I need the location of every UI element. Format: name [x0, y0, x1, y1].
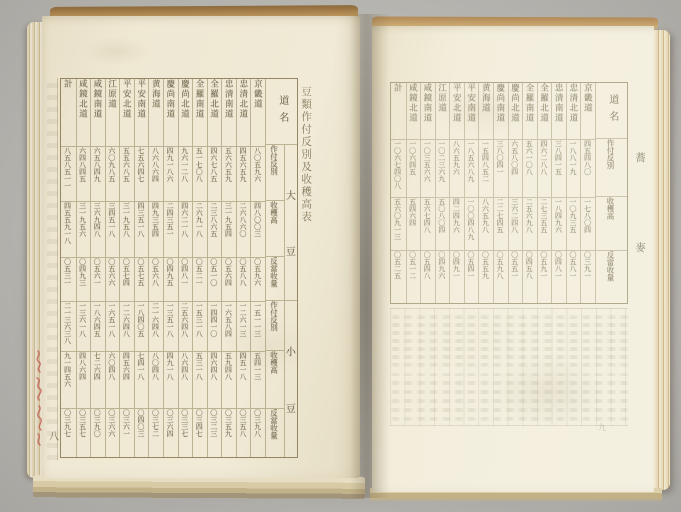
province-column: 咸鏡南道一〇三五六六五六七四八〇五四八 [420, 83, 435, 303]
data-cell: 〇五一〇 [208, 258, 222, 302]
province-name-cell: 慶尚北道 [179, 79, 193, 147]
data-cell: 一〇六四五 [407, 140, 421, 197]
province-column: 慶尚北道六五八〇四三六二四八〇五五一 [508, 83, 523, 303]
data-cell: 一三六一八 [77, 302, 91, 352]
data-cell: 八六五九六 [450, 140, 464, 197]
data-cell: 六〇四八 [106, 352, 120, 410]
data-cell: 〇四九六 [436, 251, 450, 303]
province-name-cell: 平安南道 [465, 83, 479, 140]
data-cell: 〇五九八 [494, 251, 508, 303]
province-column: 黄海道一五四八五二八六五九八〇五五九 [478, 83, 493, 303]
data-cell: 五六一〇八 [523, 140, 537, 197]
data-cell: 一二六四八 [120, 302, 134, 352]
group-label-cell: 大豆 [285, 145, 297, 301]
data-cell: 〇四九三 [77, 258, 91, 302]
data-cell: 四五六五九 [237, 147, 251, 203]
data-cell: 〇三五八 [237, 409, 251, 457]
data-cell: 一八六四五 [91, 302, 105, 352]
province-name-cell: 平安北道 [120, 79, 134, 147]
province-column: 全羅北道四六二八八二七三五五〇五九一 [537, 83, 552, 303]
data-cell: 一八五六八九 [465, 140, 479, 197]
data-cell: 〇三二三 [208, 409, 222, 457]
paper-stain [82, 36, 152, 66]
data-cell: 三四五一八 [106, 202, 120, 258]
data-cell: 一〇〇四八九 [465, 198, 479, 252]
group-label-char: 小 [286, 343, 296, 358]
data-cell: 〇五八一 [567, 251, 581, 303]
left-page-number: 八 [49, 428, 59, 443]
row-label-cell: 收穫高 [596, 197, 627, 251]
data-cell: 一四四一〇 [208, 302, 222, 352]
province-column: 全羅北道四六七八五二三八六五〇五一〇一四四一〇四六四八〇三二三 [207, 79, 222, 457]
data-cell: 一八四九六 [552, 198, 566, 252]
data-cell: 一六五一八 [106, 302, 120, 352]
province-name-cell: 江原道 [436, 83, 450, 140]
data-cell: 四二四九六 [450, 198, 464, 252]
left-page: 豆類作付反別及收穫高表 道名作付反別收穫高反當收量作付反別收穫高反當收量大豆小豆… [42, 16, 360, 478]
data-cell: 〇五二五 [391, 251, 406, 303]
data-cell: 三一九五八 [120, 202, 134, 258]
data-cell: 一〇六七四〇八 [391, 140, 406, 197]
data-cell: 二二七四五 [494, 198, 508, 252]
data-cell: 〇三七二 [149, 409, 163, 457]
province-name-cell: 計 [61, 79, 76, 147]
group-label-char: 大 [286, 187, 296, 202]
data-cell: 〇三五九 [222, 409, 236, 457]
province-column: 平安北道五五六八五三一九五八〇五七四一二六四八四五六四〇三六一 [119, 79, 134, 457]
group-label-char: 豆 [286, 243, 296, 258]
province-column: 京畿道四五四八〇一七八〇四〇三九一 [580, 83, 595, 303]
province-name-cell: 京畿道 [581, 83, 595, 140]
province-name-cell: 全羅北道 [208, 79, 222, 147]
header-sub-area: 作付反別收穫高反當收量作付反別收穫高反當收量大豆小豆 [266, 145, 297, 457]
right-page: 蕎 麥 道名作付反別收穫高反當收量京畿道四五四八〇一七八〇四〇三九一忠清北道一八… [372, 26, 654, 492]
data-cell: 八六五九八 [479, 198, 493, 252]
data-cell: 〇五六八 [149, 258, 163, 302]
data-cell: 一七八〇四 [581, 198, 595, 252]
province-column: 計一〇六七四〇八五六〇九一三〇五二五 [391, 83, 406, 303]
header-sub-area: 作付反別收穫高反當收量 [596, 139, 627, 303]
province-column: 慶尚南道四九一八六二四三五一〇四九五一三五一八四九一八〇三六四 [163, 79, 178, 457]
data-cell: 五五六八五 [120, 147, 134, 203]
province-column: 咸鏡北道六四八四五三一九五六〇四九三一三六一八四八六四〇三五七 [76, 79, 91, 457]
corner-header-cell: 道名 [596, 83, 627, 139]
data-cell: 〇四〇三 [135, 409, 149, 457]
data-cell: 六五八四九 [91, 147, 105, 203]
province-column: 忠清南道五六六五九三一九五四〇五六四一六五八四五九四八〇三五九 [221, 79, 236, 457]
data-cell: 〇五六六 [106, 258, 120, 302]
province-column: 黄海道八六八六四四九三五四〇五六八二一六四八八〇四八〇三七二 [148, 79, 163, 457]
province-name-cell: 黄海道 [149, 79, 163, 147]
province-name-cell: 全羅南道 [523, 83, 537, 140]
data-cell: 二四三五一 [164, 202, 178, 258]
data-cell: 〇四九一 [450, 251, 464, 303]
data-cell: 一〇三五六六 [421, 140, 435, 197]
data-cell: 三六二四八 [509, 198, 523, 252]
province-name-cell: 忠清南道 [552, 83, 566, 140]
data-cell: 七五六四七 [135, 147, 149, 203]
data-cell: 二一三六三八 [61, 302, 76, 352]
province-name-cell: 慶尚南道 [494, 83, 508, 140]
province-name-cell: 咸鏡北道 [77, 79, 91, 147]
corner-header-cell: 道名 [266, 79, 297, 145]
data-cell: 〇四八一 [552, 251, 566, 303]
data-cell: 五三一八 [193, 352, 207, 410]
province-column: 忠清南道三八四一五一八四九六〇四八一 [551, 83, 566, 303]
data-cell: 四五四八〇 [581, 140, 595, 197]
right-margin-title-char-2: 麥 [634, 242, 645, 253]
right-data-table: 道名作付反別收穫高反當收量京畿道四五四八〇一七八〇四〇三九一忠清北道一八八一九一… [390, 82, 628, 304]
data-cell: 六四八四五 [77, 147, 91, 203]
data-cell: 一五三一八 [193, 302, 207, 352]
province-column: 京畿道八〇五九六四八〇〇三〇五九六一五一一三五四一三〇三九八 [250, 79, 265, 457]
right-page-faint-number: 九 [598, 422, 606, 433]
province-name-cell: 咸鏡南道 [421, 83, 435, 140]
data-cell: 三六九四八 [91, 202, 105, 258]
province-column: 忠清北道一八八一九一〇九三五〇五八一 [566, 83, 581, 303]
data-cell: 一三五一八 [164, 302, 178, 352]
province-column: 平安南道七五六四七四三五一八〇五七五一八四〇五七四一八〇四〇三 [134, 79, 149, 457]
province-column: 江原道六〇九八五三四五一八〇五六六一六五一八六〇四八〇三六六 [105, 79, 120, 457]
data-cell: 〇五二一 [193, 258, 207, 302]
data-cell: 〇三九七 [61, 409, 76, 457]
data-cell: 〇五五一 [509, 251, 523, 303]
left-data-table: 道名作付反別收穫高反當收量作付反別收穫高反當收量大豆小豆京畿道八〇五九六四八〇〇… [60, 78, 298, 458]
data-cell: 五六七四八 [421, 198, 435, 252]
data-cell: 六〇九八五 [106, 147, 120, 203]
data-cell: 〇五九六 [251, 258, 265, 302]
row-label-cell: 作付反別 [266, 145, 284, 201]
data-cell: 五四六四 [407, 198, 421, 252]
bottom-page-stack-left [33, 475, 365, 504]
data-cell: 八五八五一一 [61, 147, 76, 203]
row-label-column: 作付反別收穫高反當收量作付反別收穫高反當收量 [266, 145, 284, 457]
data-cell: 〇三五七 [77, 409, 91, 457]
province-column: 慶尚北道九六一二八四六二一八〇四八一二五六四八八六四八〇三三七 [178, 79, 193, 457]
data-cell: 四六七八五 [208, 147, 222, 203]
row-label-cell: 反當收量 [266, 409, 284, 457]
book-photo-stage: 豆類作付反別及收穫高表 道名作付反別收穫高反當收量作付反別收穫高反當收量大豆小豆… [0, 0, 681, 512]
data-cell: 五九四八 [222, 352, 236, 410]
province-name-cell: 咸鏡南道 [91, 79, 105, 147]
data-cell: 〇三四七 [193, 409, 207, 457]
province-name-cell: 忠清北道 [567, 83, 581, 140]
province-name-cell: 京畿道 [251, 79, 265, 147]
province-name-cell: 全羅北道 [538, 83, 552, 140]
data-cell: 三八〇四一 [494, 140, 508, 197]
province-column: 平安南道一八五六八九一〇〇四八九〇五四一 [464, 83, 479, 303]
data-cell: 九一四五六 [61, 352, 76, 410]
data-cell: 八〇五九六 [251, 147, 265, 203]
data-cell: 八〇四八 [149, 352, 163, 410]
data-cell: 〇三六六 [106, 409, 120, 457]
data-cell: 四五一八 [237, 352, 251, 410]
data-cell: 五一七〇八 [193, 147, 207, 203]
province-column: 計八五八五一一四五五九一八〇五三一二一三六三八九一四五六〇三九七 [61, 79, 76, 457]
province-name-cell: 忠清北道 [237, 79, 251, 147]
province-name-cell: 慶尚北道 [509, 83, 523, 140]
data-cell: 四六四八 [208, 352, 222, 410]
bleed-through-ghost-table [390, 308, 628, 426]
province-column: 咸鏡南道六五八四九三六九四八〇五六一一八六四五七二六四〇三九〇 [90, 79, 105, 457]
data-cell: 三一九五四 [222, 202, 236, 258]
data-cell: 四三五一八 [135, 202, 149, 258]
data-cell: 〇五六四 [222, 258, 236, 302]
data-cell: 九六一二八 [179, 147, 193, 203]
data-cell: 一五一一三 [251, 302, 265, 352]
data-cell: 三八四一五 [552, 140, 566, 197]
data-cell: 四九三五四 [149, 202, 163, 258]
group-label-char: 豆 [286, 400, 296, 415]
data-cell: 六五八〇四 [509, 140, 523, 197]
data-cell: 〇五九一 [538, 251, 552, 303]
data-cell: 四八〇〇三 [251, 202, 265, 258]
row-label-column: 作付反別收穫高反當收量 [596, 139, 627, 303]
province-column: 慶尚南道三八〇四一二二七四五〇五九八 [493, 83, 508, 303]
data-cell: 四五六四 [120, 352, 134, 410]
province-column: 江原道一〇二三六九五〇八〇四〇四九六 [435, 83, 450, 303]
row-label-cell: 收穫高 [266, 201, 284, 257]
province-name-cell: 平安南道 [135, 79, 149, 147]
province-column: 咸鏡北道一〇六四五五四六四〇五一二 [406, 83, 421, 303]
row-label-cell: 作付反別 [266, 301, 284, 351]
province-column: 全羅南道五一七〇八二六九一八〇五二一一五三一八五三一八〇三四七 [192, 79, 207, 457]
group-label-column: 大豆小豆 [284, 145, 297, 457]
data-cell: 〇三六四 [164, 409, 178, 457]
data-cell: 八六四八 [179, 352, 193, 410]
data-cell: 四八六四 [77, 352, 91, 410]
data-cell: 〇五三一 [61, 258, 76, 302]
province-name-cell: 計 [391, 83, 406, 140]
group-label-cell: 小豆 [285, 301, 297, 457]
table-header-column: 道名作付反別收穫高反當收量作付反別收穫高反當收量大豆小豆 [265, 79, 297, 457]
data-cell: 〇五四八 [421, 251, 435, 303]
province-column: 忠清北道四五六五九二六八六〇〇五八八一二六一三四五一八〇三五八 [236, 79, 251, 457]
data-cell: 二六九一八 [193, 202, 207, 258]
row-label-cell: 收穫高 [266, 351, 284, 409]
province-name-cell: 慶尚南道 [164, 79, 178, 147]
data-cell: 八六八六四 [149, 147, 163, 203]
province-name-cell: 平安北道 [450, 83, 464, 140]
data-cell: 〇五五九 [479, 251, 493, 303]
province-column: 平安北道八六五九六四二四九六〇四九一 [449, 83, 464, 303]
data-cell: 〇五四一 [465, 251, 479, 303]
data-cell: 七四一八 [135, 352, 149, 410]
data-cell: 四六二八八 [538, 140, 552, 197]
row-label-cell: 作付反別 [596, 139, 627, 197]
data-cell: 一二六一三 [237, 302, 251, 352]
data-cell: 二六八六〇 [237, 202, 251, 258]
table-header-column: 道名作付反別收穫高反當收量 [595, 83, 627, 303]
data-cell: 〇三九〇 [91, 409, 105, 457]
data-cell: 〇五六一 [91, 258, 105, 302]
data-cell: 〇五八八 [237, 258, 251, 302]
data-cell: 三一九五六 [77, 202, 91, 258]
data-cell: 五四一三 [251, 352, 265, 410]
data-cell: 四九一八 [164, 352, 178, 410]
data-cell: 〇五七五 [135, 258, 149, 302]
data-cell: 二一六四八 [149, 302, 163, 352]
underlying-page-sliver [47, 78, 58, 460]
right-margin-title-char-1: 蕎 [634, 152, 645, 163]
data-cell: 一六五八四 [222, 302, 236, 352]
data-cell: 一〇二三六九 [436, 140, 450, 197]
row-label-cell: 反當收量 [266, 257, 284, 301]
ghost-text-band [390, 373, 628, 421]
province-name-cell: 黄海道 [479, 83, 493, 140]
data-cell: 五六〇九一三 [391, 198, 406, 252]
ghost-text-band [390, 315, 628, 367]
province-name-cell: 全羅南道 [193, 79, 207, 147]
data-cell: 一五四八五二 [479, 140, 493, 197]
data-cell: 〇三六一 [120, 409, 134, 457]
data-cell: 二五六四八 [179, 302, 193, 352]
data-cell: 四九一八六 [164, 147, 178, 203]
data-cell: 〇四九五 [164, 258, 178, 302]
data-cell: 〇三九一 [581, 251, 595, 303]
data-cell: 二七三五五 [538, 198, 552, 252]
data-cell: 〇四五八 [523, 251, 537, 303]
data-cell: 五六六五九 [222, 147, 236, 203]
province-name-cell: 咸鏡北道 [407, 83, 421, 140]
data-cell: 〇五一二 [407, 251, 421, 303]
data-cell: 二五六九八 [523, 198, 537, 252]
province-column: 全羅南道五六一〇八二五六九八〇四五八 [522, 83, 537, 303]
province-name-cell: 江原道 [106, 79, 120, 147]
data-cell: 〇三九八 [251, 409, 265, 457]
data-cell: 七二六四 [91, 352, 105, 410]
data-cell: 四五五九一八 [61, 202, 76, 258]
row-label-cell: 反當收量 [596, 251, 627, 303]
data-cell: 一〇九三五 [567, 198, 581, 252]
left-table-margin-title: 豆類作付反別及收穫高表 [300, 86, 311, 276]
data-cell: 〇四八一 [179, 258, 193, 302]
data-cell: 四六二一八 [179, 202, 193, 258]
data-cell: 〇五七四 [120, 258, 134, 302]
province-name-cell: 忠清南道 [222, 79, 236, 147]
data-cell: 二三八六五 [208, 202, 222, 258]
data-cell: 一八八一九 [567, 140, 581, 197]
data-cell: 一八四〇五 [135, 302, 149, 352]
data-cell: 〇三三七 [179, 409, 193, 457]
data-cell: 五〇八〇四 [436, 198, 450, 252]
